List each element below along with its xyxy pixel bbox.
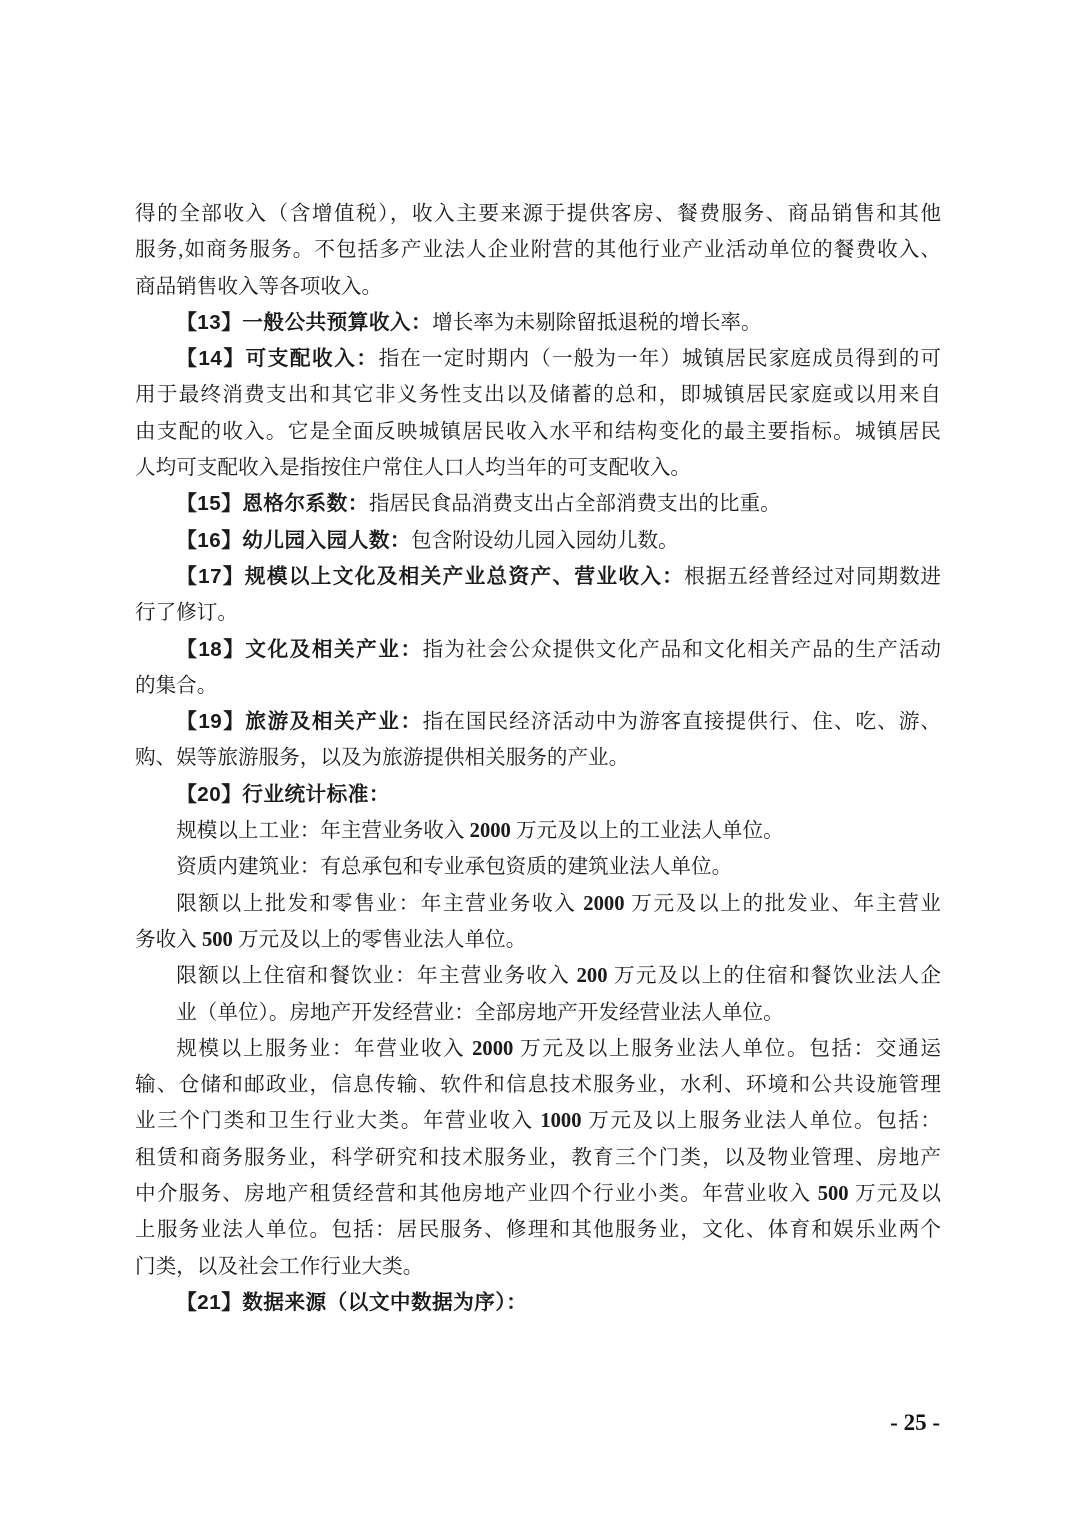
- entry-heading: 【18】文化及相关产业：: [176, 638, 422, 661]
- text-line: 商品销售收入等各项收入。: [135, 269, 941, 305]
- body-text: 指居民食品消费支出占全部消费支出的比重。: [369, 493, 781, 515]
- text-line: 业三个门类和卫生行业大类。年营业收入 1000 万元及以上服务业法人单位。包括：: [135, 1103, 941, 1139]
- body-text: 租赁和商务服务业，科学研究和技术服务业，教育三个门类，以及物业管理、房地产: [135, 1147, 941, 1169]
- body-text: 万元及以上服务业法人单位。包括：: [582, 1110, 941, 1132]
- text-line: 限额以上批发和零售业：年主营业务收入 2000 万元及以上的批发业、年主营业: [135, 886, 941, 922]
- text-line: 【18】文化及相关产业：指为社会公众提供文化产品和文化相关产品的生产活动: [135, 632, 941, 668]
- text-line: 务收入 500 万元及以上的零售业法人单位。: [135, 922, 941, 958]
- text-line: 【16】幼儿园入园人数：包含附设幼儿园入园幼儿数。: [135, 523, 941, 559]
- text-line: 【21】数据来源（以文中数据为序）：: [135, 1285, 941, 1321]
- text-line: 【15】恩格尔系数：指居民食品消费支出占全部消费支出的比重。: [135, 486, 941, 522]
- body-text: 业三个门类和卫生行业大类。年营业收入: [135, 1110, 540, 1132]
- page-number: - 25 -: [890, 1410, 940, 1436]
- body-text: 务收入: [135, 929, 202, 951]
- text-line: 资质内建筑业：有总承包和专业承包资质的建筑业法人单位。: [135, 849, 941, 885]
- body-text: 规模以上工业：年主营业务收入: [176, 820, 469, 842]
- body-text: 规模以上服务业：年营业收入: [176, 1038, 472, 1060]
- text-line: 由支配的收入。它是全面反映城镇居民收入水平和结构变化的最主要指标。城镇居民: [135, 414, 941, 450]
- text-line: 租赁和商务服务业，科学研究和技术服务业，教育三个门类，以及物业管理、房地产: [135, 1140, 941, 1176]
- entry-heading: 【15】恩格尔系数：: [176, 492, 369, 515]
- body-text: 万元及以上的工业法人单位。: [511, 820, 784, 842]
- text-line: 购、娱等旅游服务，以及为旅游提供相关服务的产业。: [135, 740, 941, 776]
- text-line: 业（单位）。房地产开发经营业：全部房地产开发经营业法人单位。: [135, 995, 941, 1031]
- body-text: 万元及以上服务业法人单位。包括：交通运: [513, 1038, 941, 1060]
- body-text: 业（单位）。房地产开发经营业：全部房地产开发经营业法人单位。: [176, 1002, 784, 1024]
- threshold-number: 200: [577, 965, 608, 987]
- text-line: 规模以上服务业：年营业收入 2000 万元及以上服务业法人单位。包括：交通运: [135, 1031, 941, 1067]
- body-text: 包含附设幼儿园入园幼儿数。: [411, 530, 679, 552]
- body-text: 得的全部收入（含增值税），收入主要来源于提供客房、餐费服务、商品销售和其他: [135, 203, 941, 225]
- body-text: 行了修订。: [135, 602, 238, 624]
- body-text: 指在国民经济活动中为游客直接提供行、住、吃、游、: [423, 711, 941, 733]
- body-text: 指为社会公众提供文化产品和文化相关产品的生产活动: [423, 639, 941, 661]
- body-text: 商品销售收入等各项收入。: [135, 276, 382, 298]
- entry-heading: 【16】幼儿园入园人数：: [176, 529, 411, 552]
- document-body: 得的全部收入（含增值税），收入主要来源于提供客房、餐费服务、商品销售和其他服务,…: [135, 196, 941, 1321]
- body-text: 的集合。: [135, 675, 217, 697]
- entry-heading: 【13】一般公共预算收入：: [176, 311, 432, 334]
- body-text: 根据五经普经过对同期数进: [684, 566, 941, 588]
- body-text: 上服务业法人单位。包括：居民服务、修理和其他服务业，文化、体育和娱乐业两个: [135, 1219, 941, 1241]
- body-text: 万元及以上的批发业、年主营业: [624, 893, 941, 915]
- threshold-number: 1000: [540, 1110, 581, 1132]
- text-line: 服务,如商务服务。不包括多产业法人企业附营的其他行业产业活动单位的餐费收入、: [135, 232, 941, 268]
- threshold-number: 2000: [472, 1038, 513, 1060]
- text-line: 门类，以及社会工作行业大类。: [135, 1249, 941, 1285]
- text-line: 上服务业法人单位。包括：居民服务、修理和其他服务业，文化、体育和娱乐业两个: [135, 1212, 941, 1248]
- body-text: 万元及以上的住宿和餐饮业法人企: [608, 965, 941, 987]
- entry-heading: 【21】数据来源（以文中数据为序）：: [176, 1291, 527, 1314]
- body-text: 服务,如商务服务。不包括多产业法人企业附营的其他行业产业活动单位的餐费收入、: [135, 239, 941, 261]
- text-line: 得的全部收入（含增值税），收入主要来源于提供客房、餐费服务、商品销售和其他: [135, 196, 941, 232]
- body-text: 限额以上住宿和餐饮业：年主营业务收入: [176, 965, 576, 987]
- text-line: 规模以上工业：年主营业务收入 2000 万元及以上的工业法人单位。: [135, 813, 941, 849]
- threshold-number: 500: [818, 1183, 849, 1205]
- text-line: 【14】可支配收入：指在一定时期内（一般为一年）城镇居民家庭成员得到的可: [135, 341, 941, 377]
- body-text: 购、娱等旅游服务，以及为旅游提供相关服务的产业。: [135, 747, 629, 769]
- text-line: 【17】规模以上文化及相关产业总资产、营业收入：根据五经普经过对同期数进: [135, 559, 941, 595]
- body-text: 人均可支配收入是指按住户常住人口人均当年的可支配收入。: [135, 457, 691, 479]
- text-line: 【20】行业统计标准：: [135, 777, 941, 813]
- body-text: 增长率为未剔除留抵退税的增长率。: [432, 312, 762, 334]
- text-line: 人均可支配收入是指按住户常住人口人均当年的可支配收入。: [135, 450, 941, 486]
- entry-heading: 【17】规模以上文化及相关产业总资产、营业收入：: [176, 565, 684, 588]
- body-text: 指在一定时期内（一般为一年）城镇居民家庭成员得到的可: [379, 348, 941, 370]
- body-text: 限额以上批发和零售业：年主营业务收入: [176, 893, 583, 915]
- text-line: 输、仓储和邮政业，信息传输、软件和信息技术服务业，水利、环境和公共设施管理: [135, 1067, 941, 1103]
- text-line: 用于最终消费支出和其它非义务性支出以及储蓄的总和，即城镇居民家庭或以用来自: [135, 377, 941, 413]
- text-line: 【19】旅游及相关产业：指在国民经济活动中为游客直接提供行、住、吃、游、: [135, 704, 941, 740]
- body-text: 资质内建筑业：有总承包和专业承包资质的建筑业法人单位。: [176, 856, 732, 878]
- body-text: 输、仓储和邮政业，信息传输、软件和信息技术服务业，水利、环境和公共设施管理: [135, 1074, 941, 1096]
- text-line: 中介服务、房地产租赁经营和其他房地产业四个行业小类。年营业收入 500 万元及以: [135, 1176, 941, 1212]
- threshold-number: 2000: [583, 893, 624, 915]
- threshold-number: 500: [202, 929, 233, 951]
- text-line: 的集合。: [135, 668, 941, 704]
- threshold-number: 2000: [470, 820, 511, 842]
- entry-heading: 【14】可支配收入：: [176, 347, 378, 370]
- text-line: 限额以上住宿和餐饮业：年主营业务收入 200 万元及以上的住宿和餐饮业法人企: [135, 958, 941, 994]
- text-line: 行了修订。: [135, 595, 941, 631]
- entry-heading: 【19】旅游及相关产业：: [176, 710, 422, 733]
- body-text: 万元及以: [849, 1183, 941, 1205]
- entry-heading: 【20】行业统计标准：: [176, 783, 390, 806]
- body-text: 用于最终消费支出和其它非义务性支出以及储蓄的总和，即城镇居民家庭或以用来自: [135, 384, 941, 406]
- body-text: 由支配的收入。它是全面反映城镇居民收入水平和结构变化的最主要指标。城镇居民: [135, 421, 941, 443]
- body-text: 万元及以上的零售业法人单位。: [233, 929, 526, 951]
- text-line: 【13】一般公共预算收入：增长率为未剔除留抵退税的增长率。: [135, 305, 941, 341]
- body-text: 门类，以及社会工作行业大类。: [135, 1256, 423, 1278]
- body-text: 中介服务、房地产租赁经营和其他房地产业四个行业小类。年营业收入: [135, 1183, 818, 1205]
